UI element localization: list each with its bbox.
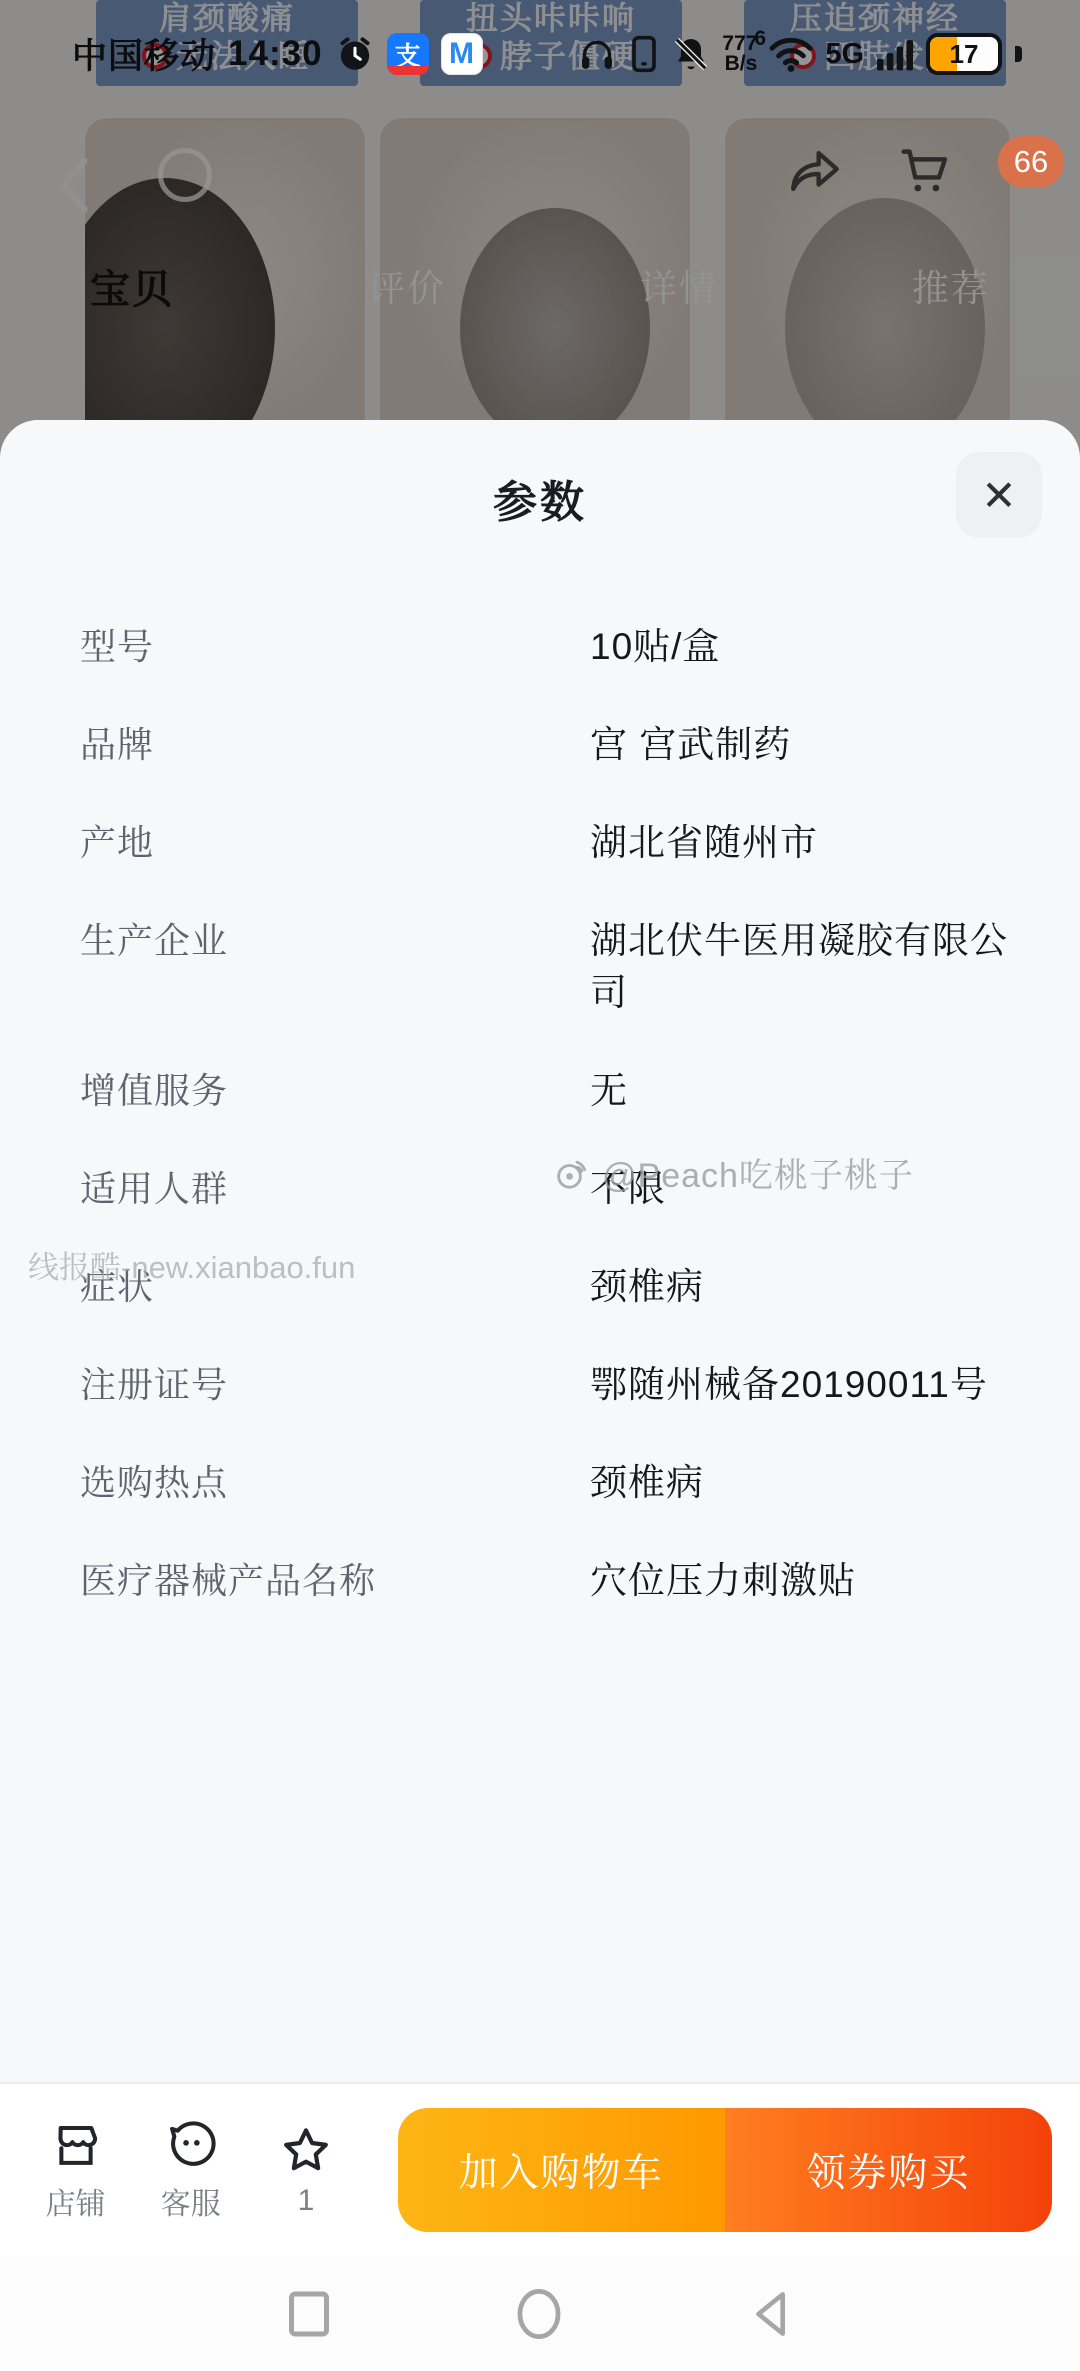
parameter-value: 穴位压力刺激贴: [590, 1555, 1010, 1607]
parameter-label: 型号: [80, 621, 590, 673]
customer-service-icon: [164, 2117, 218, 2173]
parameter-row: 增值服务 无: [80, 1042, 1010, 1140]
wifi6-label: 6: [754, 27, 766, 51]
parameter-value: 宫 宫武制药: [590, 719, 1010, 771]
clock-time: 14:30: [228, 34, 323, 74]
screen: 肩颈酸痛 无法入睡 扭头咔咔响 脖子僵硬 压迫颈神经 四肢发麻: [0, 0, 1080, 2371]
shop-icon: [49, 2117, 103, 2173]
weibo-logo-icon: [552, 1153, 592, 1193]
cart-count-badge: 66: [998, 136, 1064, 188]
alarm-icon: [335, 34, 375, 74]
battery-percent: 17: [930, 39, 998, 70]
parameter-value: 湖北伏牛医用凝胶有限公司: [590, 915, 1010, 1019]
headphones-icon: [577, 34, 617, 74]
m-app-icon: M: [441, 33, 483, 75]
parameter-row: 生产企业 湖北伏牛医用凝胶有限公司: [80, 892, 1010, 1042]
weibo-watermark: @Peach吃桃子桃子: [552, 1148, 914, 1197]
close-button[interactable]: ✕: [956, 452, 1042, 538]
parameter-value: 无: [590, 1065, 1010, 1117]
customer-service-label: 客服: [161, 2179, 221, 2223]
parameter-label: 医疗器械产品名称: [80, 1555, 590, 1607]
network-speed: 777 B/s: [722, 34, 757, 74]
coupon-buy-button[interactable]: 领券购买: [725, 2108, 1052, 2232]
back-nav-button[interactable]: [744, 2284, 796, 2344]
sheet-title: 参数: [0, 466, 1080, 530]
battery-icon: 17: [926, 33, 1002, 75]
favorite-button[interactable]: 1: [258, 2122, 353, 2218]
parameter-row: 型号 10贴/盒: [80, 598, 1010, 696]
shop-button[interactable]: 店铺: [28, 2117, 123, 2223]
network-type-label: 5G: [825, 38, 864, 71]
mute-bell-icon: [671, 34, 711, 74]
vibrate-phone-icon: [628, 34, 660, 74]
star-icon: [278, 2122, 334, 2178]
parameter-label: 适用人群: [80, 1163, 590, 1215]
carrier-label: 中国移动: [72, 29, 216, 79]
close-icon: ✕: [981, 471, 1016, 520]
parameter-label: 生产企业: [80, 915, 590, 967]
parameter-value: 湖北省随州市: [590, 817, 1010, 869]
recents-button[interactable]: [284, 2284, 334, 2344]
shop-label: 店铺: [46, 2179, 106, 2223]
parameter-row: 产地 湖北省随州市: [80, 794, 1010, 892]
parameter-label: 注册证号: [80, 1359, 590, 1411]
signal-bars-icon: [875, 36, 915, 72]
parameter-value: 10贴/盒: [590, 621, 1010, 673]
parameter-row: 品牌 宫 宫武制药: [80, 696, 1010, 794]
parameter-label: 产地: [80, 817, 590, 869]
parameter-row: 医疗器械产品名称 穴位压力刺激贴: [80, 1532, 1010, 1630]
android-nav-bar: [0, 2256, 1080, 2371]
wifi-icon: 6: [768, 35, 814, 73]
favorite-count: 1: [298, 2184, 315, 2218]
parameter-value: 颈椎病: [590, 1261, 1010, 1313]
site-watermark: 线报酷-new.xianbao.fun: [28, 1242, 355, 1287]
parameters-sheet: 参数 ✕ 型号 10贴/盒 品牌 宫 宫武制药 产地 湖北省随州市 生产企业 湖…: [0, 420, 1080, 2082]
parameter-value: 颈椎病: [590, 1457, 1010, 1509]
home-button[interactable]: [512, 2283, 566, 2345]
add-to-cart-button[interactable]: 加入购物车: [398, 2108, 725, 2232]
action-bar: 店铺 客服 1 加入购物车 领券购买: [0, 2082, 1080, 2256]
parameter-value: 鄂随州械备20190011号: [590, 1359, 1010, 1411]
parameter-label: 选购热点: [80, 1457, 590, 1509]
parameter-row: 选购热点 颈椎病: [80, 1434, 1010, 1532]
customer-service-button[interactable]: 客服: [143, 2117, 238, 2223]
parameter-label: 增值服务: [80, 1065, 590, 1117]
parameter-label: 品牌: [80, 719, 590, 771]
parameter-row: 注册证号 鄂随州械备20190011号: [80, 1336, 1010, 1434]
alipay-app-icon: 支: [387, 33, 429, 75]
parameter-list: 型号 10贴/盒 品牌 宫 宫武制药 产地 湖北省随州市 生产企业 湖北伏牛医用…: [0, 570, 1080, 1630]
status-bar: 中国移动 14:30 支 M 777 B/s 6: [0, 26, 1080, 82]
